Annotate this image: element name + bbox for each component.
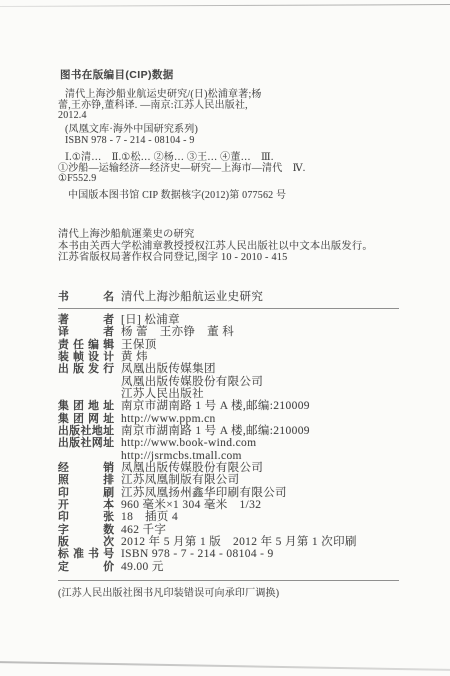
colophon-field-label: 出版社地址 xyxy=(58,425,114,437)
colophon-rows: 书名清代上海沙船航运业史研究著者[日] 松浦章译者杨 蕾 王亦铮 董 科责任编辑… xyxy=(58,291,399,573)
label-char: 号 xyxy=(103,548,114,560)
colophon-field-value: 杨 蕾 王亦铮 董 科 xyxy=(121,326,399,338)
colophon-field-value: 960 毫米×1 304 毫米 1/32 xyxy=(121,499,399,511)
colophon-field-value: 2012 年 5 月第 1 版 2012 年 5 月第 1 次印刷 xyxy=(121,536,399,548)
colophon-field-value: ISBN 978 - 7 - 214 - 08104 - 9 xyxy=(121,548,399,560)
colophon-field-value: 黄 炜 xyxy=(121,351,399,363)
label-char: 标 xyxy=(58,548,69,560)
colophon-field-value: 凤凰出版传媒股份有限公司 xyxy=(121,462,399,474)
cip-entry-paragraph: 清代上海沙船业航运史研究/(日)松浦章著;杨蕾,王亦铮,董科译. —南京:江苏人… xyxy=(58,90,406,122)
colophon-field-label: 版次 xyxy=(58,536,114,548)
value-line: 江苏人民出版社 xyxy=(121,388,399,400)
colophon-row: 出版发行凤凰出版传媒集团凤凰出版传媒股份有限公司江苏人民出版社 xyxy=(58,363,399,400)
colophon-field-label: 装帧设计 xyxy=(58,351,114,363)
label-char: 本 xyxy=(103,499,114,511)
label-char: 辑 xyxy=(103,339,114,351)
cip-classification-line: ①F552.9 xyxy=(58,174,406,185)
colophon-row: 出版社网址http://www.book-wind.comhttp://jsrm… xyxy=(58,437,399,462)
label-char: 址 xyxy=(103,425,114,437)
colophon-table: 书名清代上海沙船航运业史研究著者[日] 松浦章译者杨 蕾 王亦铮 董 科责任编辑… xyxy=(58,291,399,600)
colophon-field-value: http://www.book-wind.comhttp://jsrmcbs.t… xyxy=(121,437,399,462)
colophon-field-value: 南京市湖南路 1 号 A 楼,邮编:210009 xyxy=(121,400,399,412)
scan-page-top-edge xyxy=(0,4,450,7)
colophon-field-label: 责任编辑 xyxy=(58,339,114,351)
label-char: 装 xyxy=(58,351,69,363)
label-char: 销 xyxy=(103,462,114,474)
cip-record-number: 中国版本图书馆 CIP 数据核字(2012)第 077562 号 xyxy=(58,191,406,202)
colophon-field-value: 清代上海沙船航运业史研究 xyxy=(121,291,399,303)
license-line: 本书由关西大学松浦章教授授权江苏人民出版社以中文本出版发行。 xyxy=(58,241,406,253)
colophon-row: 版次2012 年 5 月第 1 版 2012 年 5 月第 1 次印刷 xyxy=(58,536,399,548)
value-line: 清代上海沙船航运业史研究 xyxy=(121,291,399,303)
label-char: 出 xyxy=(58,363,69,375)
copyright-license-block: 清代上海沙船航運業史の研究本书由关西大学松浦章教授授权江苏人民出版社以中文本出版… xyxy=(58,229,406,264)
colophon-field-label: 标准书号 xyxy=(58,548,114,560)
colophon-row: 印张18 插页 4 xyxy=(58,511,399,523)
value-line: http://www.ppm.cn xyxy=(121,413,399,425)
label-char: 集 xyxy=(58,413,69,425)
label-char: 张 xyxy=(103,511,114,523)
value-line: 王保顶 xyxy=(121,339,399,351)
value-line: 南京市湖南路 1 号 A 楼,邮编:210009 xyxy=(121,400,399,412)
label-char: 地 xyxy=(92,425,103,437)
label-char: 出 xyxy=(58,425,69,437)
value-line: ISBN 978 - 7 - 214 - 08104 - 9 xyxy=(121,548,399,560)
colophon-field-label: 印张 xyxy=(58,511,114,523)
cip-entry-line: 清代上海沙船业航运史研究/(日)松浦章著;杨 xyxy=(58,90,406,101)
label-char: 版 xyxy=(69,425,80,437)
label-char: 行 xyxy=(103,363,114,375)
value-line: 杨 蕾 王亦铮 董 科 xyxy=(121,326,399,338)
colophon-row: 责任编辑王保顶 xyxy=(58,339,399,351)
colophon-field-label: 定价 xyxy=(58,561,114,573)
label-char: 团 xyxy=(73,413,84,425)
label-char: 名 xyxy=(103,291,114,303)
label-char: 次 xyxy=(103,536,114,548)
label-char: 书 xyxy=(58,291,69,303)
bottom-separator-rule xyxy=(58,580,399,581)
cip-classification-line: ①沙船—运输经济—经济史—研究—上海市—清代 Ⅳ. xyxy=(58,164,406,175)
scan-page-bottom-edge xyxy=(0,661,450,671)
cip-header: 图书在版编目(CIP)数据 xyxy=(60,70,406,81)
title-separator-rule xyxy=(58,308,399,309)
colophon-field-label: 出版社网址 xyxy=(58,437,114,449)
colophon-field-value: 江苏凤凰扬州鑫华印刷有限公司 xyxy=(121,487,399,499)
value-line: http://www.book-wind.com xyxy=(121,437,399,449)
colophon-row: 字数462 千字 xyxy=(58,524,399,536)
value-line: 江苏凤凰制版有限公司 xyxy=(121,474,399,486)
label-char: 照 xyxy=(58,474,69,486)
value-line: 江苏凤凰扬州鑫华印刷有限公司 xyxy=(121,487,399,499)
colophon-field-label: 字数 xyxy=(58,524,114,536)
label-char: 印 xyxy=(58,487,69,499)
colophon-field-value: 王保顶 xyxy=(121,339,399,351)
colophon-field-label: 出版发行 xyxy=(58,363,114,375)
value-line: 49.00 元 xyxy=(121,561,399,573)
value-line: 18 插页 4 xyxy=(121,511,399,523)
colophon-row: 集团地址南京市湖南路 1 号 A 楼,邮编:210009 xyxy=(58,400,399,412)
colophon-row: 书名清代上海沙船航运业史研究 xyxy=(58,291,399,303)
label-char: 版 xyxy=(69,437,80,449)
colophon-field-label: 印刷 xyxy=(58,487,114,499)
scanned-copyright-page: { "colors": { "text": "#454545", "rule":… xyxy=(0,0,450,676)
label-char: 经 xyxy=(58,462,69,474)
label-char: 数 xyxy=(103,524,114,536)
label-char: 集 xyxy=(58,400,69,412)
cip-classification: Ⅰ.①清… Ⅱ.①松… ②杨… ③王… ④董… Ⅲ.①沙船—运输经济—经济史—研… xyxy=(58,153,406,185)
cip-classification-line: Ⅰ.①清… Ⅱ.①松… ②杨… ③王… ④董… Ⅲ. xyxy=(58,153,406,164)
label-char: 社 xyxy=(81,437,92,449)
value-line: [日] 松浦章 xyxy=(121,314,399,326)
label-char: 任 xyxy=(73,339,84,351)
colophon-row: 集团网址http://www.ppm.cn xyxy=(58,413,399,425)
label-char: 版 xyxy=(58,536,69,548)
colophon-row: 定价49.00 元 xyxy=(58,561,399,573)
colophon-field-label: 开本 xyxy=(58,499,114,511)
license-line: 江苏省版权局著作权合同登记,图字 10 - 2010 - 415 xyxy=(58,252,406,264)
value-line: http://jsrmcbs.tmall.com xyxy=(121,450,399,462)
label-char: 字 xyxy=(58,524,69,536)
label-char: 排 xyxy=(103,474,114,486)
label-char: 定 xyxy=(58,561,69,573)
label-char: 责 xyxy=(58,339,69,351)
label-char: 开 xyxy=(58,499,69,511)
colophon-row: 装帧设计黄 炜 xyxy=(58,351,399,363)
label-char: 址 xyxy=(103,400,114,412)
cip-entry-line: 2012.4 xyxy=(58,111,406,122)
label-char: 出 xyxy=(58,437,69,449)
cip-data-block: 图书在版编目(CIP)数据 清代上海沙船业航运史研究/(日)松浦章著;杨蕾,王亦… xyxy=(58,70,406,202)
colophon-row: 印刷江苏凤凰扬州鑫华印刷有限公司 xyxy=(58,487,399,499)
value-line: 黄 炜 xyxy=(121,351,399,363)
label-char: 社 xyxy=(81,425,92,437)
label-char: 计 xyxy=(103,351,114,363)
colophon-field-value: 462 千字 xyxy=(121,524,399,536)
colophon-row: 著者[日] 松浦章 xyxy=(58,314,399,326)
label-char: 团 xyxy=(73,400,84,412)
label-char: 刷 xyxy=(103,487,114,499)
cip-entry-line: 蕾,王亦铮,董科译. —南京:江苏人民出版社, xyxy=(58,101,406,112)
value-line: 960 毫米×1 304 毫米 1/32 xyxy=(121,499,399,511)
colophon-row: 照排江苏凤凰制版有限公司 xyxy=(58,474,399,486)
colophon-field-label: 著者 xyxy=(58,314,114,326)
label-char: 发 xyxy=(88,363,99,375)
colophon-field-label: 书名 xyxy=(58,291,114,303)
label-char: 译 xyxy=(58,326,69,338)
label-char: 设 xyxy=(88,351,99,363)
colophon-field-label: 集团网址 xyxy=(58,413,114,425)
colophon-field-value: [日] 松浦章 xyxy=(121,314,399,326)
colophon-row: 开本960 毫米×1 304 毫米 1/32 xyxy=(58,499,399,511)
colophon-field-value: 49.00 元 xyxy=(121,561,399,573)
label-char: 编 xyxy=(88,339,99,351)
label-char: 网 xyxy=(88,413,99,425)
colophon-field-value: 南京市湖南路 1 号 A 楼,邮编:210009 xyxy=(121,425,399,437)
label-char: 版 xyxy=(73,363,84,375)
value-line: 凤凰出版传媒集团 xyxy=(121,363,399,375)
value-line: 2012 年 5 月第 1 版 2012 年 5 月第 1 次印刷 xyxy=(121,536,399,548)
value-line: 462 千字 xyxy=(121,524,399,536)
colophon-field-value: 江苏凤凰制版有限公司 xyxy=(121,474,399,486)
label-char: 址 xyxy=(103,413,114,425)
colophon-row: 经销凤凰出版传媒股份有限公司 xyxy=(58,462,399,474)
colophon-field-value: http://www.ppm.cn xyxy=(121,413,399,425)
license-line: 清代上海沙船航運業史の研究 xyxy=(58,229,406,241)
label-char: 价 xyxy=(103,561,114,573)
colophon-field-label: 集团地址 xyxy=(58,400,114,412)
colophon-field-label: 译者 xyxy=(58,326,114,338)
label-char: 者 xyxy=(103,314,114,326)
label-char: 书 xyxy=(88,548,99,560)
colophon-field-value: 18 插页 4 xyxy=(121,511,399,523)
cip-isbn-line: ISBN 978 - 7 - 214 - 08104 - 9 xyxy=(58,136,406,147)
label-char: 网 xyxy=(92,437,103,449)
value-line: 凤凰出版传媒股份有限公司 xyxy=(121,462,399,474)
colophon-field-value: 凤凰出版传媒集团凤凰出版传媒股份有限公司江苏人民出版社 xyxy=(121,363,399,400)
label-char: 准 xyxy=(73,548,84,560)
label-char: 帧 xyxy=(73,351,84,363)
value-line: 凤凰出版传媒股份有限公司 xyxy=(121,376,399,388)
colophon-field-label: 经销 xyxy=(58,462,114,474)
colophon-field-label: 照排 xyxy=(58,474,114,486)
colophon-row: 标准书号ISBN 978 - 7 - 214 - 08104 - 9 xyxy=(58,548,399,560)
label-char: 者 xyxy=(103,326,114,338)
colophon-row: 出版社地址南京市湖南路 1 号 A 楼,邮编:210009 xyxy=(58,425,399,437)
label-char: 著 xyxy=(58,314,69,326)
misprint-exchange-note: (江苏人民出版社图书凡印装错误可向承印厂调换) xyxy=(58,588,399,600)
value-line: 南京市湖南路 1 号 A 楼,邮编:210009 xyxy=(121,425,399,437)
label-char: 址 xyxy=(103,437,114,449)
label-char: 地 xyxy=(88,400,99,412)
colophon-row: 译者杨 蕾 王亦铮 董 科 xyxy=(58,326,399,338)
label-char: 印 xyxy=(58,511,69,523)
